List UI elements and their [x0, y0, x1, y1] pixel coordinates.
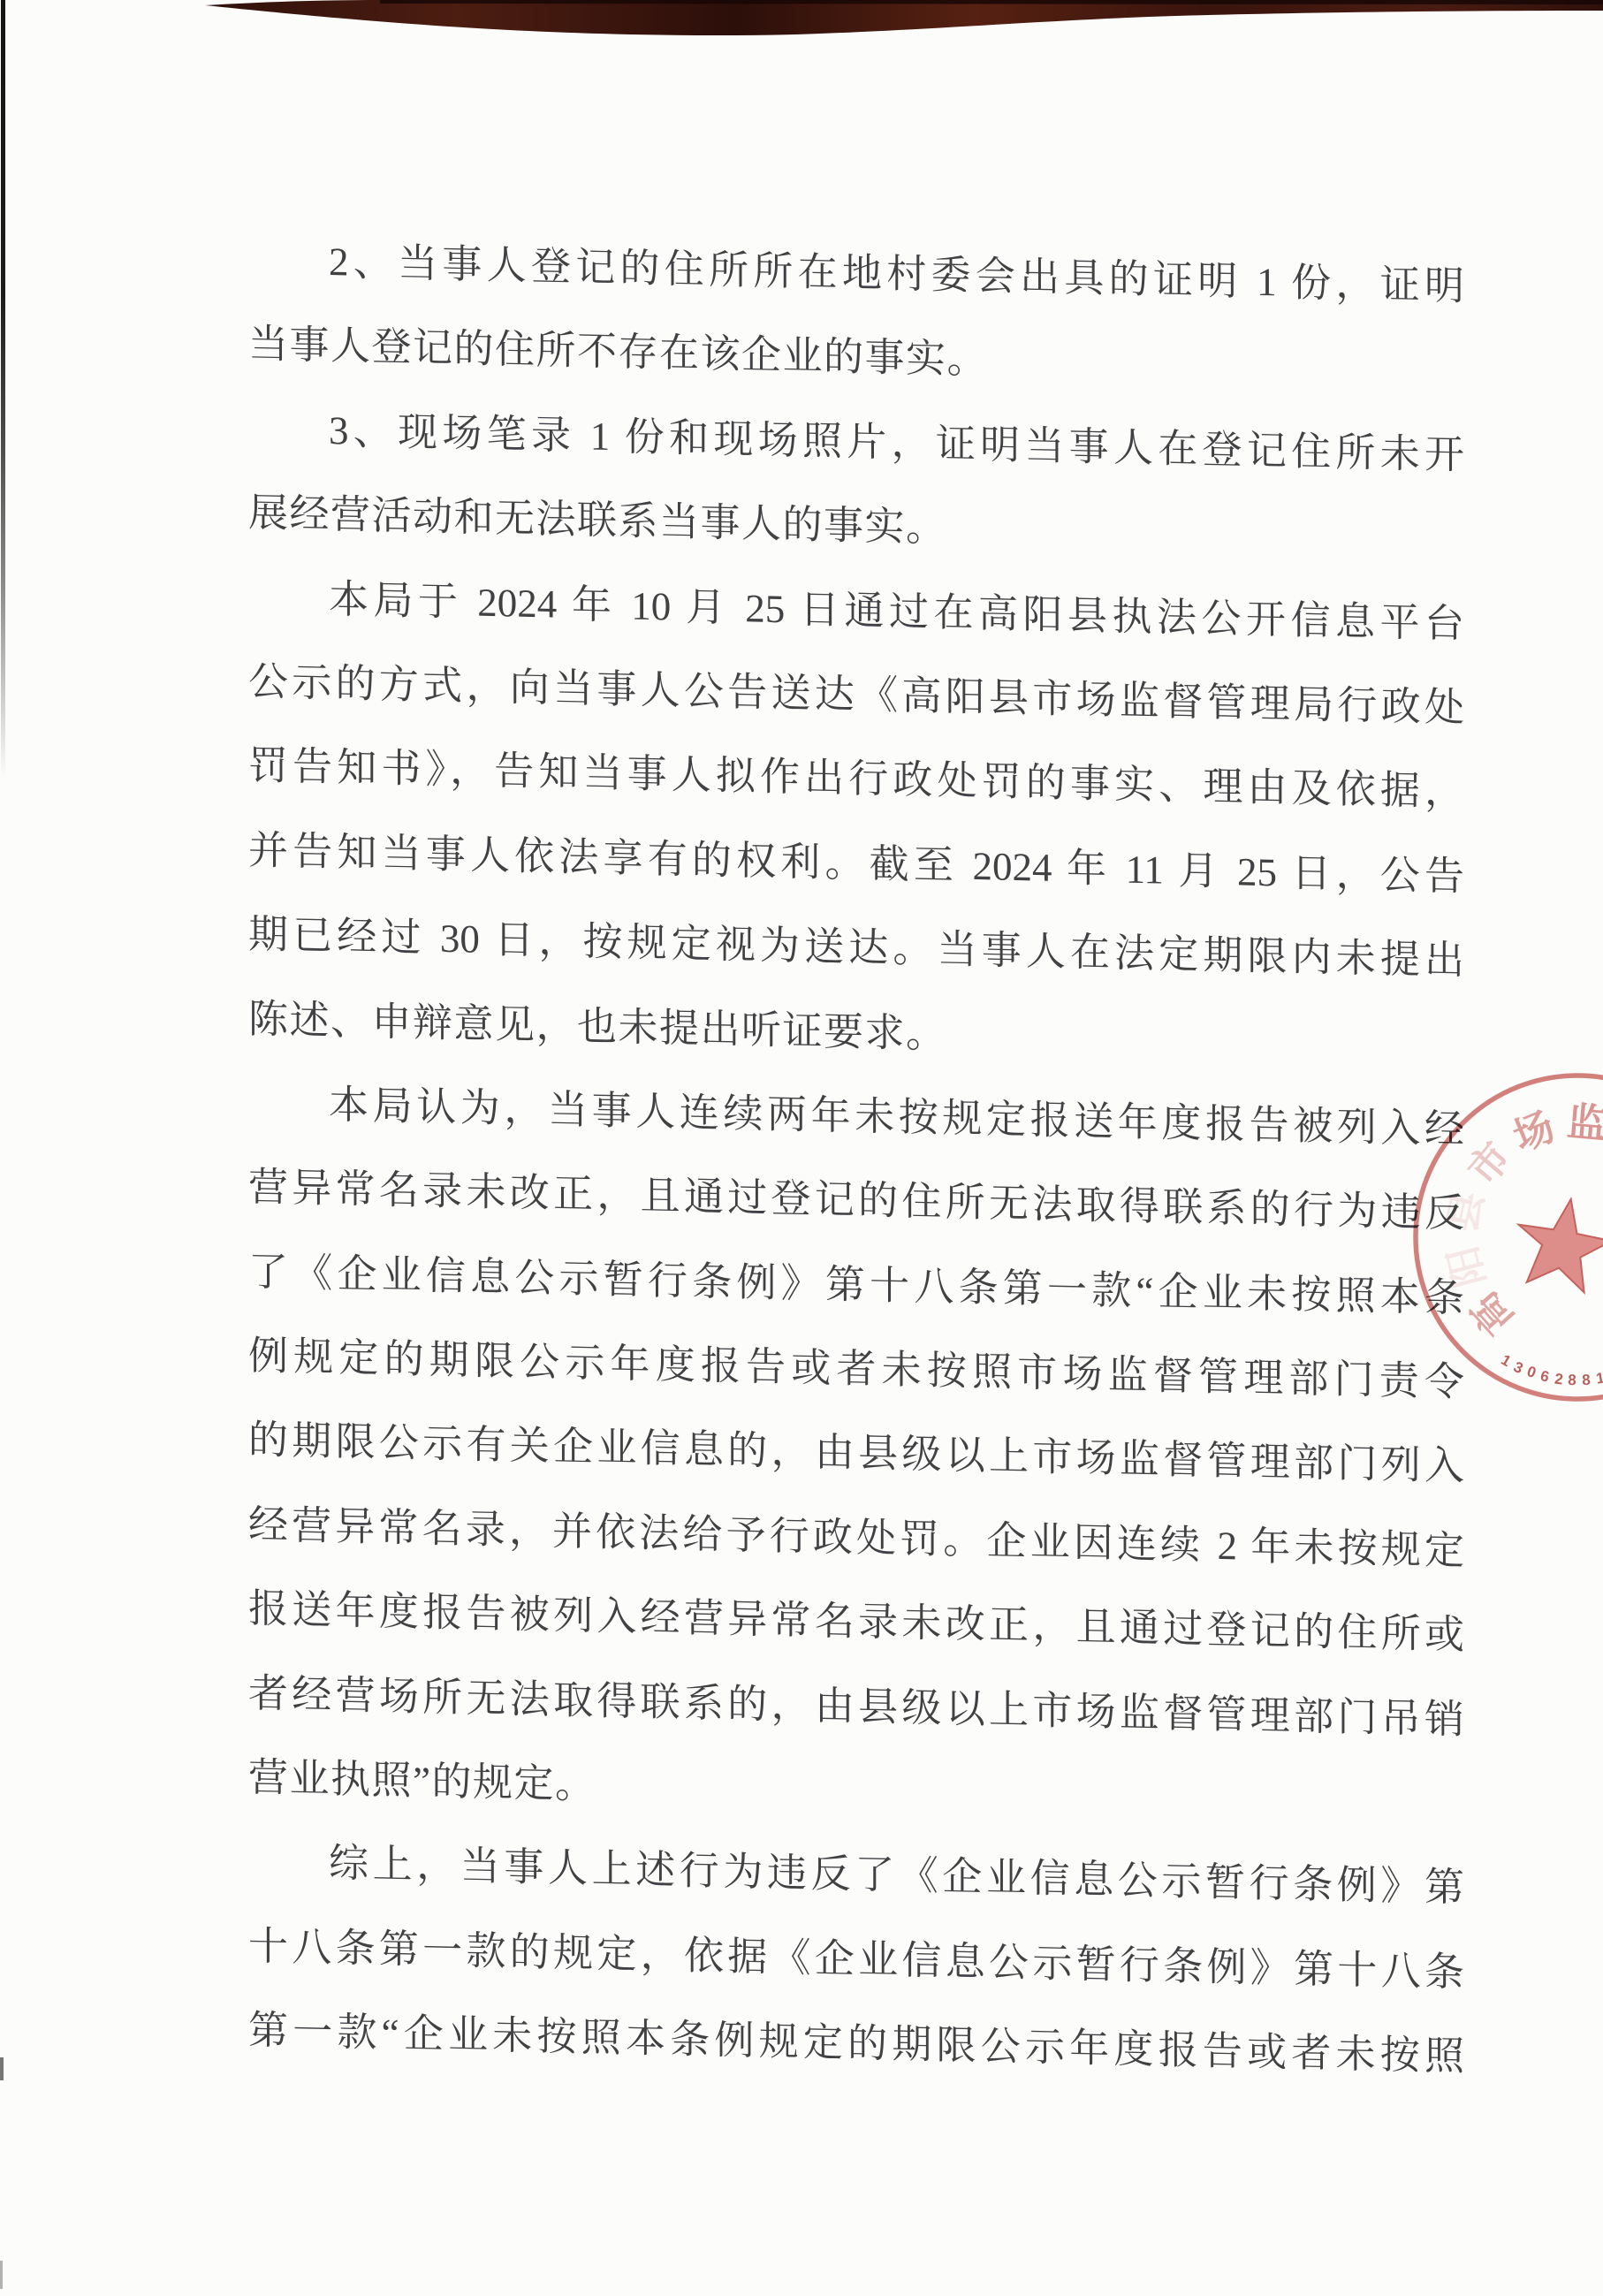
seal-number-digit: 8 — [1579, 1372, 1594, 1388]
seal-arc-character: 市 — [1461, 1134, 1521, 1194]
seal-number-digit: 6 — [1536, 1367, 1554, 1386]
scan-edge-speck — [0, 2057, 4, 2080]
seal-number-digit: 3 — [1508, 1357, 1528, 1378]
seal-number-digit: 8 — [1565, 1372, 1580, 1389]
scan-top-edge-artifact — [0, 0, 1603, 53]
seal-arc-character: 监 — [1564, 1100, 1603, 1146]
seal-number-digit: 1 — [1496, 1350, 1516, 1372]
seal-arc-character: 场 — [1506, 1104, 1561, 1159]
star-icon — [1519, 1199, 1603, 1292]
seal-arc-character: 高 — [1462, 1283, 1523, 1343]
scan-edge-speck — [0, 2261, 3, 2289]
text-block: 2、当事人登记的住所所在地村委会出具的证明 1 份，证明当事人登记的住所不存在该… — [248, 218, 1464, 2100]
seal-number-digit: 0 — [1522, 1363, 1540, 1382]
top-edge-bar — [205, 0, 1603, 35]
scan-left-edge-artifact — [1, 0, 5, 778]
seal-number-digit: 1 — [1592, 1370, 1603, 1387]
seal-number-digit: 2 — [1550, 1371, 1566, 1388]
scanned-document-page: 2、当事人登记的住所所在地村委会出具的证明 1 份，证明当事人登记的住所不存在该… — [0, 0, 1603, 2296]
